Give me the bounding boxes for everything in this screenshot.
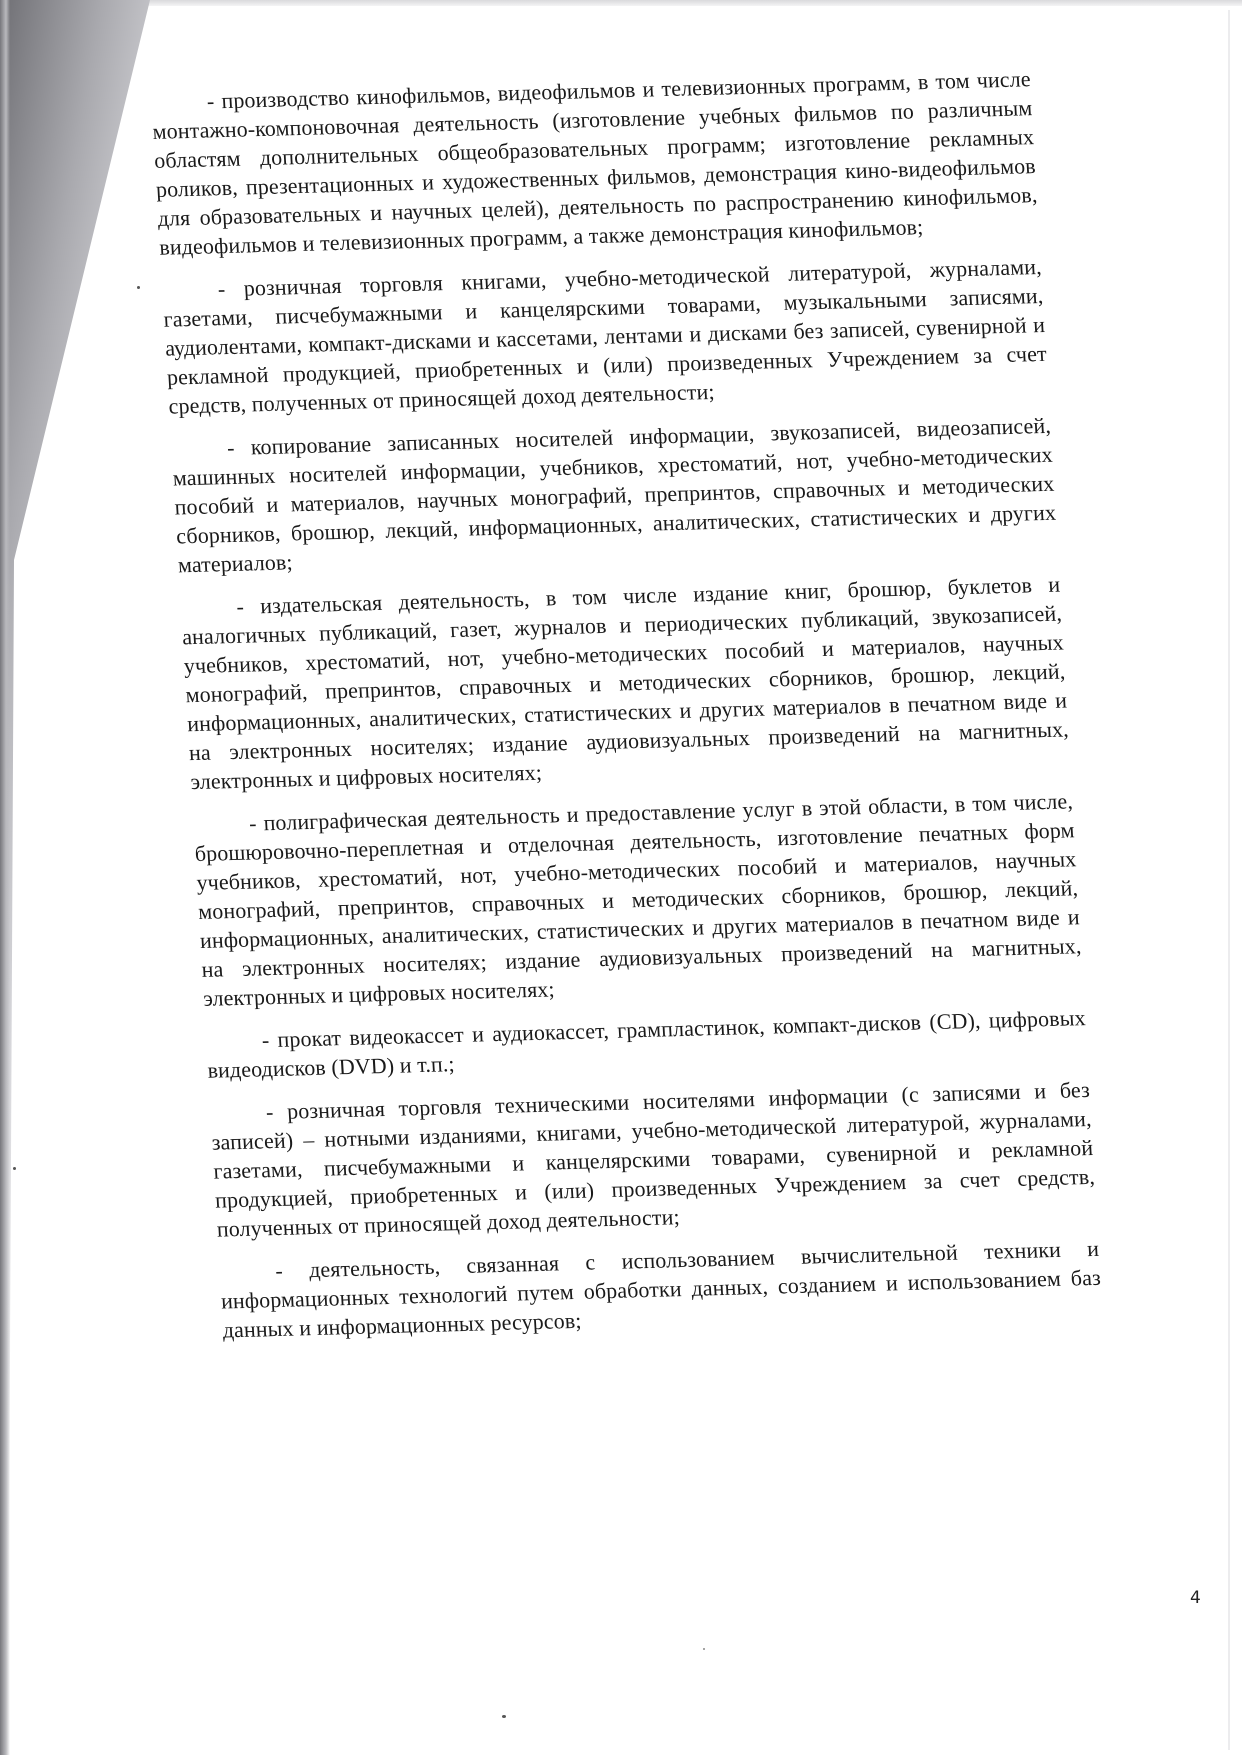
paragraph-printing: - полиграфическая деятельность и предост… — [192, 786, 1084, 1013]
scan-speck — [137, 286, 140, 289]
scan-speck — [502, 1715, 506, 1718]
paragraph-film-production: - производство кинофильмов, видеофильмов… — [150, 64, 1040, 262]
paragraph-publishing: - издательская деятельность, в том числе… — [180, 570, 1072, 797]
scan-speck — [703, 1648, 705, 1650]
document-body: - производство кинофильмов, видеофильмов… — [150, 64, 1104, 1358]
paragraph-rental: - прокат видеокассет и аудиокассет, грам… — [205, 1003, 1088, 1085]
page-number: 4 — [1190, 1588, 1201, 1608]
scan-right-edge — [1228, 10, 1230, 1750]
paragraph-retail-books: - розничная торговля книгами, учебно-мет… — [161, 252, 1049, 421]
paragraph-copying-media: - копирование записанных носителей инфор… — [170, 411, 1058, 580]
paragraph-computing: - деятельность, связанная с использовани… — [218, 1234, 1103, 1345]
paragraph-retail-media: - розничная торговля техническими носите… — [209, 1075, 1097, 1244]
scan-speck — [13, 1167, 16, 1170]
scan-left-edge — [0, 0, 10, 1755]
scan-top-edge — [0, 0, 1242, 6]
